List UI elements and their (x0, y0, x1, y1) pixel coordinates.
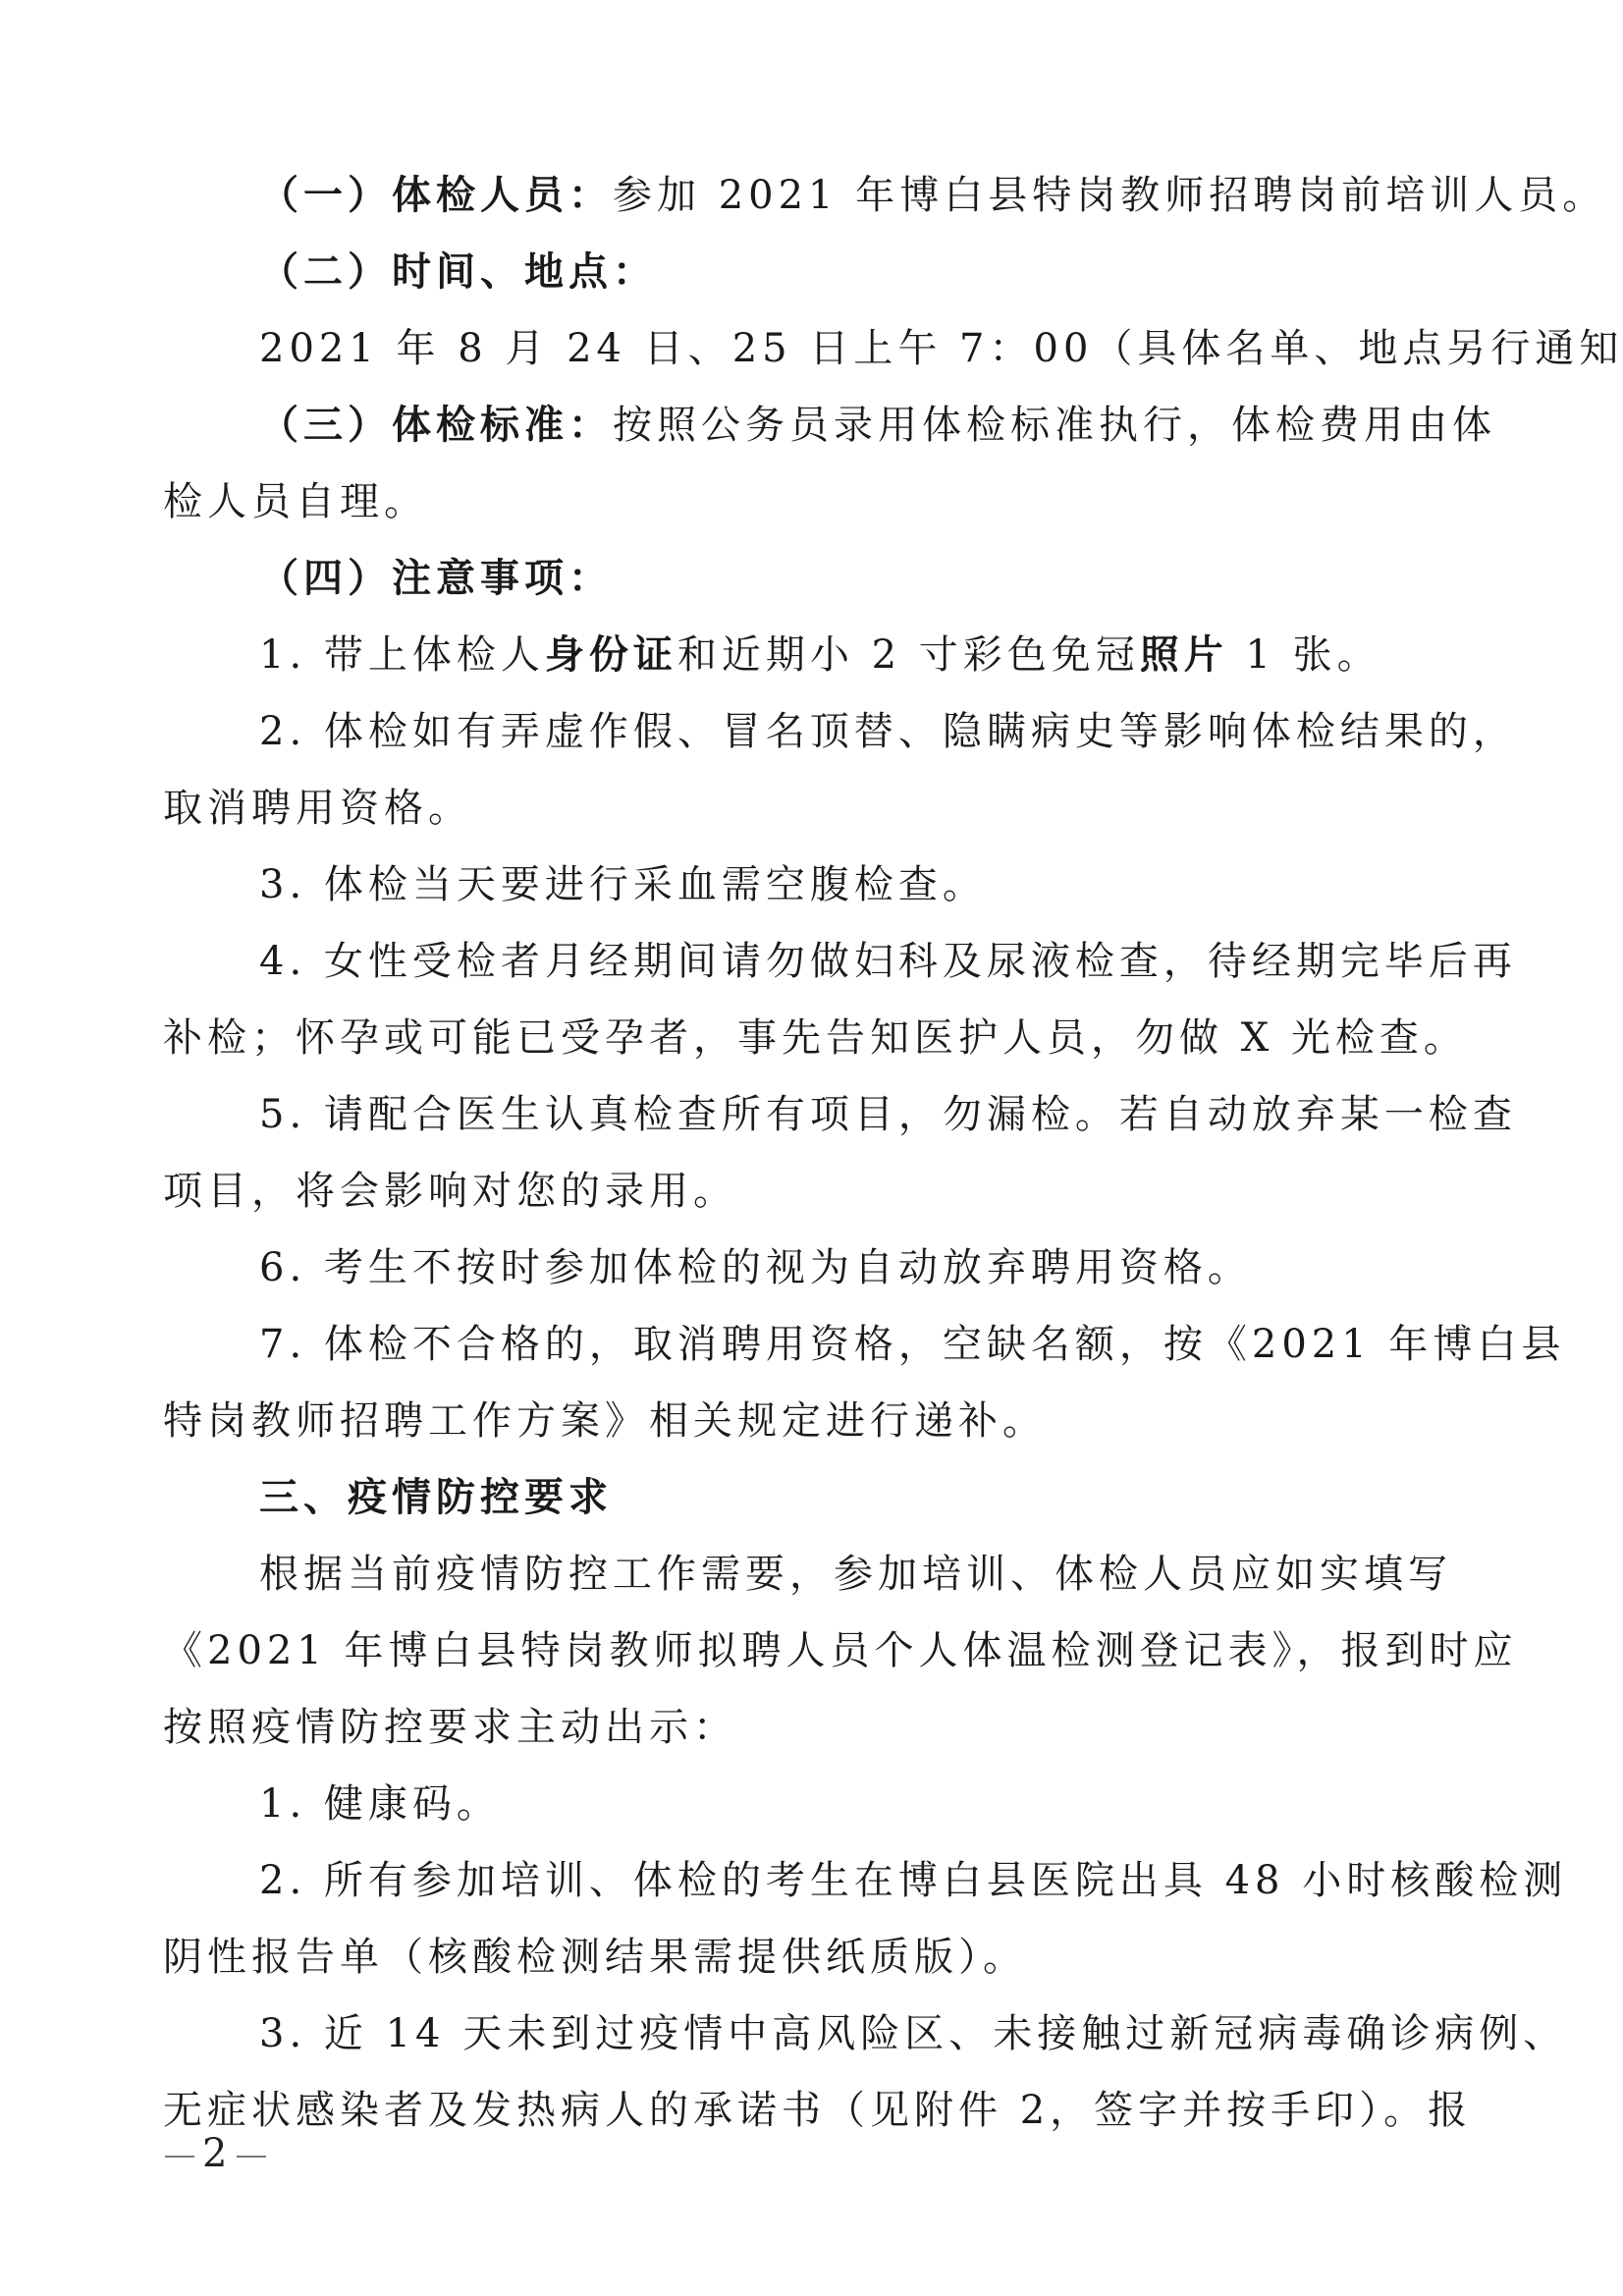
note-item-2-line-1: 2. 体检如有弄虚作假、冒名顶替、隐瞒病史等影响体检结果的， (163, 693, 1477, 770)
covid-item-2-line-1: 2. 所有参加培训、体检的考生在博白县医院出具 48 小时核酸检测 (163, 1842, 1477, 1919)
document-body: （一）体检人员：参加 2021 年博白县特岗教师招聘岗前培训人员。 （二）时间、… (163, 157, 1477, 2149)
note-item-1: 1. 带上体检人身份证和近期小 2 寸彩色免冠照片 1 张。 (163, 617, 1477, 693)
section-1-text: 参加 2021 年博白县特岗教师招聘岗前培训人员。 (613, 173, 1606, 218)
page-number-dash-right (237, 2156, 266, 2158)
note-1-photo: 照片 (1140, 632, 1228, 678)
section-1-line: （一）体检人员：参加 2021 年博白县特岗教师招聘岗前培训人员。 (163, 157, 1477, 234)
part-3-intro-line-1: 根据当前疫情防控工作需要，参加培训、体检人员应如实填写 (163, 1536, 1477, 1613)
section-2-text: 2021 年 8 月 24 日、25 日上午 7：00（具体名单、地点另行通知）… (163, 310, 1477, 387)
note-1-part-e: 1 张。 (1228, 632, 1381, 678)
section-4-heading: （四）注意事项： (163, 540, 1477, 617)
page-number-dash-left (165, 2156, 194, 2158)
part-3-intro-line-3: 按照疫情防控要求主动出示： (163, 1689, 1477, 1766)
section-3-line: （三）体检标准：按照公务员录用体检标准执行，体检费用由体 (163, 387, 1477, 464)
section-3-text-1: 按照公务员录用体检标准执行，体检费用由体 (613, 403, 1496, 448)
note-item-4-line-1: 4. 女性受检者月经期间请勿做妇科及尿液检查，待经期完毕后再 (163, 923, 1477, 1000)
note-item-7-line-1: 7. 体检不合格的，取消聘用资格，空缺名额，按《2021 年博白县 (163, 1306, 1477, 1383)
covid-item-1: 1. 健康码。 (163, 1766, 1477, 1842)
section-4-label: （四）注意事项： (259, 556, 613, 601)
page-number-value: 2 (202, 2131, 229, 2176)
note-item-5-line-1: 5. 请配合医生认真检查所有项目，勿漏检。若自动放弃某一检查 (163, 1076, 1477, 1153)
section-1-label: （一）体检人员： (259, 173, 613, 218)
covid-item-3-line-1: 3. 近 14 天未到过疫情中高风险区、未接触过新冠病毒确诊病例、 (163, 1995, 1477, 2072)
part-3-heading: 三、疫情防控要求 (163, 1459, 1477, 1536)
note-1-part-a: 1. 带上体检人 (259, 632, 545, 678)
note-item-3: 3. 体检当天要进行采血需空腹检查。 (163, 847, 1477, 923)
note-item-4-line-2: 补检；怀孕或可能已受孕者，事先告知医护人员，勿做 X 光检查。 (163, 1000, 1477, 1076)
note-item-2-line-2: 取消聘用资格。 (163, 770, 1477, 847)
document-page: （一）体检人员：参加 2021 年博白县特岗教师招聘岗前培训人员。 （二）时间、… (0, 0, 1623, 2296)
section-3-text-2: 检人员自理。 (163, 464, 1477, 540)
note-item-6: 6. 考生不按时参加体检的视为自动放弃聘用资格。 (163, 1230, 1477, 1306)
note-1-id-card: 身份证 (545, 632, 677, 678)
part-3-intro-line-2: 《2021 年博白县特岗教师拟聘人员个人体温检测登记表》，报到时应 (163, 1613, 1477, 1689)
note-item-5-line-2: 项目，将会影响对您的录用。 (163, 1153, 1477, 1230)
covid-item-2-line-2: 阴性报告单（核酸检测结果需提供纸质版）。 (163, 1919, 1477, 1995)
section-3-label: （三）体检标准： (259, 403, 613, 448)
note-item-7-line-2: 特岗教师招聘工作方案》相关规定进行递补。 (163, 1383, 1477, 1459)
page-number: 2 (157, 2131, 274, 2176)
section-2-label: （二）时间、地点： (259, 249, 657, 295)
section-2-heading: （二）时间、地点： (163, 234, 1477, 310)
covid-item-3-line-2: 无症状感染者及发热病人的承诺书（见附件 2，签字并按手印）。报 (163, 2072, 1477, 2149)
note-1-part-c: 和近期小 2 寸彩色免冠 (677, 632, 1140, 678)
